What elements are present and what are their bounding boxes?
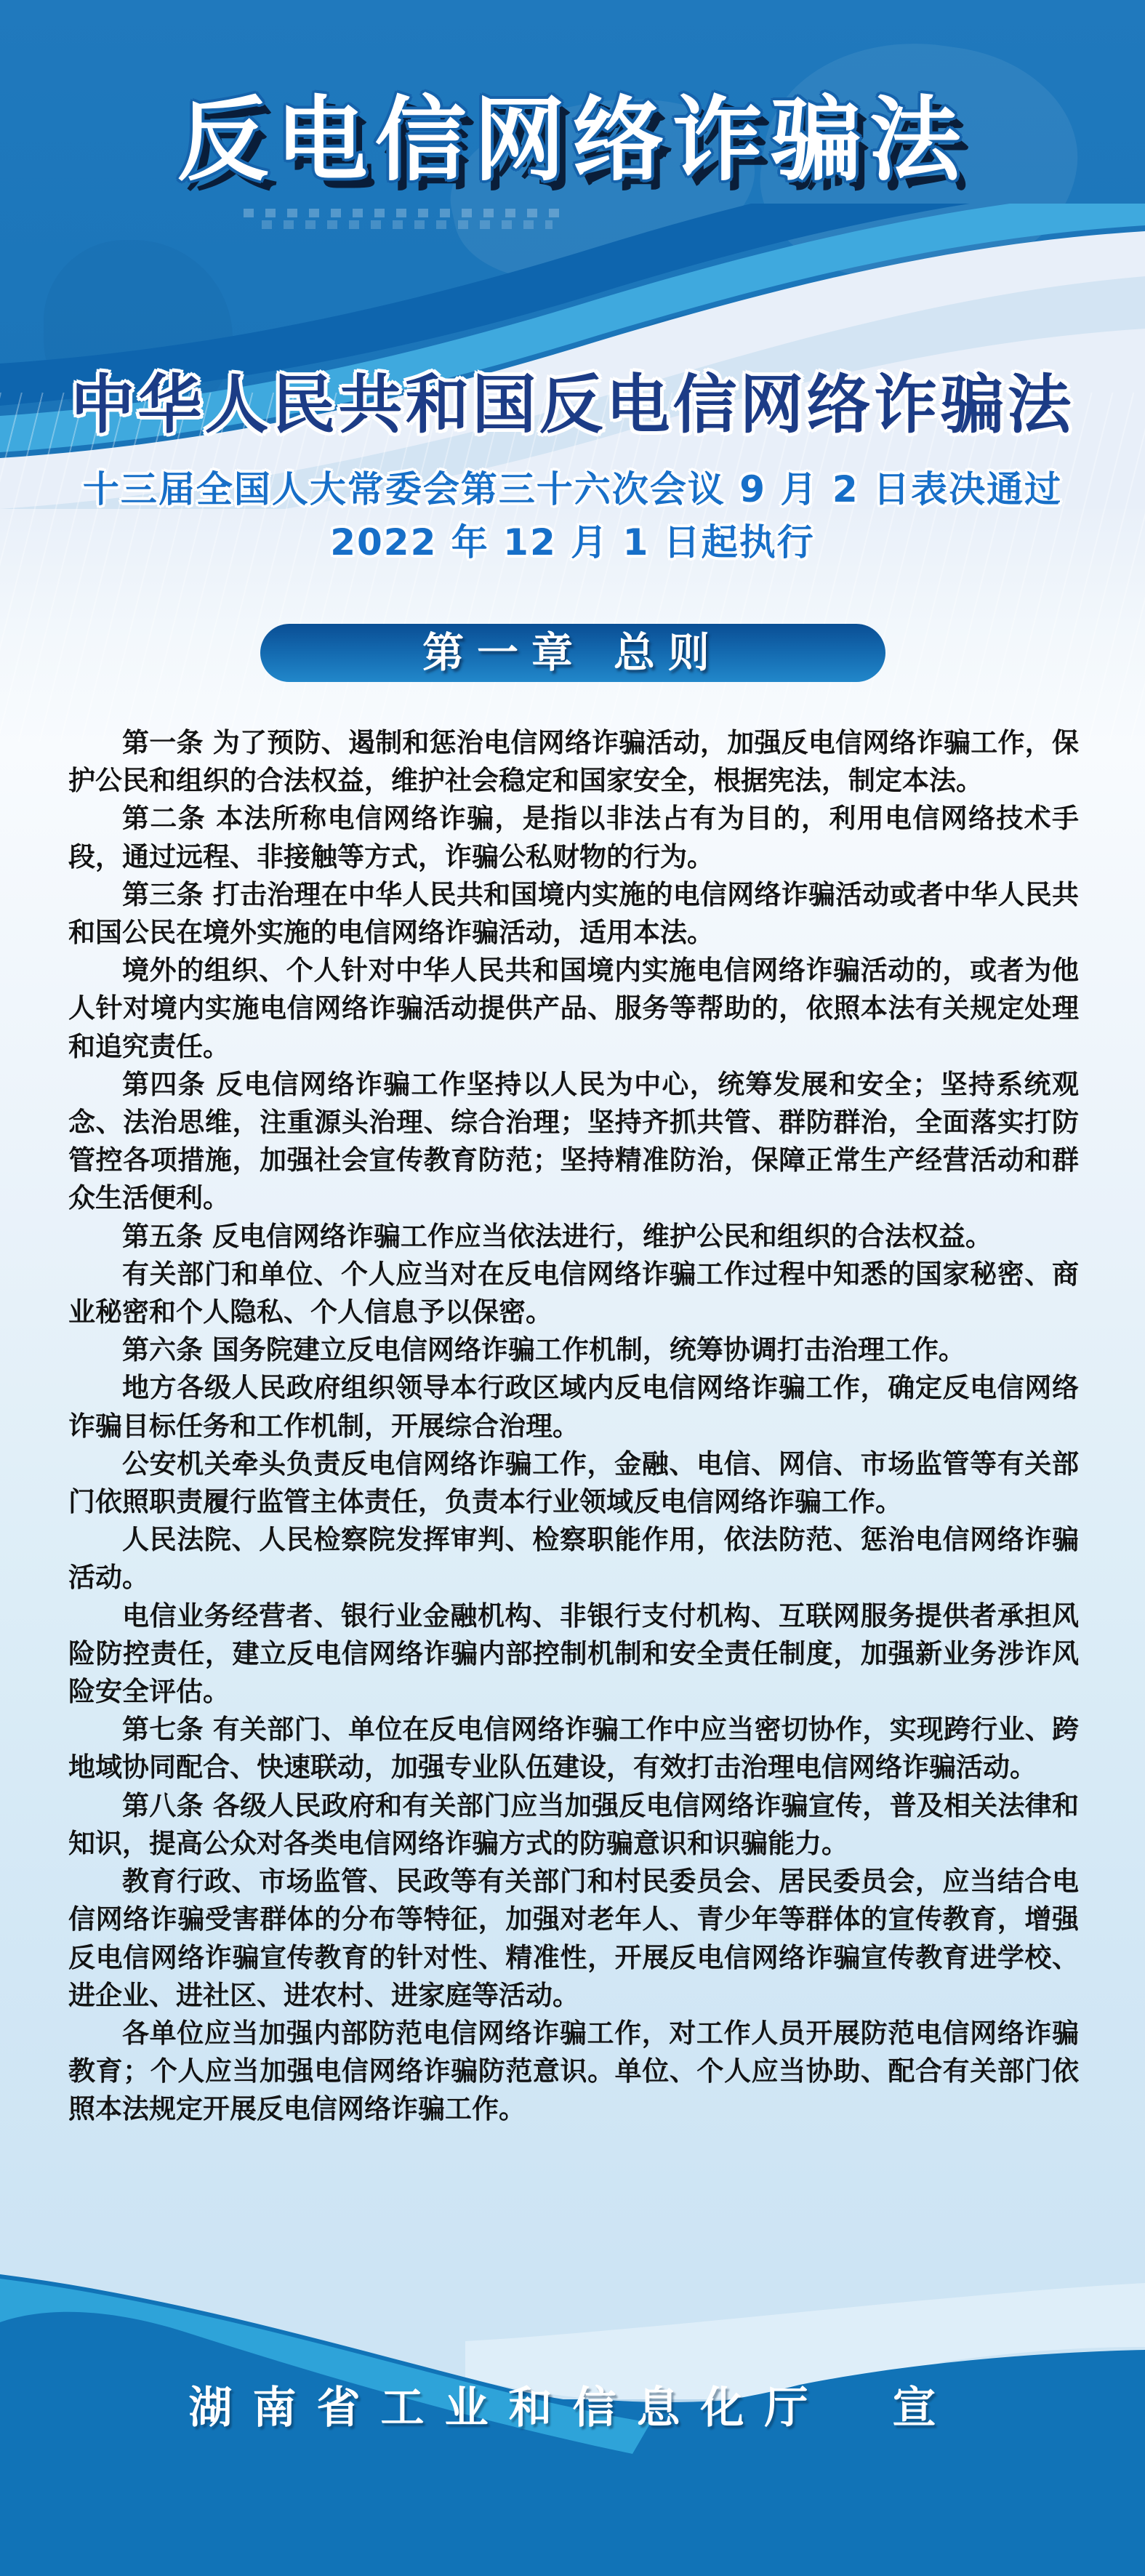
- article-paragraph: 人民法院、人民检察院发挥审判、检察职能作用，依法防范、惩治电信网络诈骗活动。: [68, 1521, 1079, 1597]
- swoosh-decoration: [0, 204, 1145, 509]
- chapter-pill: 第一章 总则: [260, 624, 885, 682]
- article-paragraph: 第七条 有关部门、单位在反电信网络诈骗工作中应当密切协作，实现跨行业、跨地域协同…: [68, 1711, 1079, 1786]
- bottom-wave-decoration: [0, 2167, 1145, 2576]
- article-paragraph: 境外的组织、个人针对中华人民共和国境内实施电信网络诈骗活动的，或者为他人针对境内…: [68, 952, 1079, 1066]
- article-paragraph: 第八条 各级人民政府和有关部门应当加强反电信网络诈骗宣传，普及相关法律和知识，提…: [68, 1787, 1079, 1863]
- article-paragraph: 各单位应当加强内部防范电信网络诈骗工作，对工作人员开展防范电信网络诈骗教育；个人…: [68, 2015, 1079, 2129]
- article-paragraph: 第一条 为了预防、遏制和惩治电信网络诈骗活动，加强反电信网络诈骗工作，保护公民和…: [68, 724, 1079, 800]
- article-paragraph: 第四条 反电信网络诈骗工作坚持以人民为中心，统筹发展和安全；坚持系统观念、法治思…: [68, 1066, 1079, 1218]
- banner-title: 反电信网络诈骗法: [0, 86, 1145, 195]
- law-title: 中华人民共和国反电信网络诈骗法: [0, 367, 1145, 443]
- article-paragraph: 有关部门和单位、个人应当对在反电信网络诈骗工作过程中知悉的国家秘密、商业秘密和个…: [68, 1256, 1079, 1331]
- article-paragraph: 第五条 反电信网络诈骗工作应当依法进行，维护公民和组织的合法权益。: [68, 1218, 1079, 1256]
- effective-line: 2022 年 12 月 1 日起执行: [0, 521, 1145, 564]
- publisher-line: 湖南省工业和信息化厅 宣: [0, 2379, 1145, 2437]
- article-paragraph: 教育行政、市场监管、民政等有关部门和村民委员会、居民委员会，应当结合电信网络诈骗…: [68, 1863, 1079, 2015]
- article-paragraph: 第三条 打击治理在中华人民共和国境内实施的电信网络诈骗活动或者中华人民共和国公民…: [68, 876, 1079, 952]
- article-paragraph: 第二条 本法所称电信网络诈骗，是指以非法占有为目的，利用电信网络技术手段，通过远…: [68, 800, 1079, 875]
- article-paragraph: 第六条 国务院建立反电信网络诈骗工作机制，统筹协调打击治理工作。: [68, 1331, 1079, 1369]
- article-paragraph: 地方各级人民政府组织领导本行政区域内反电信网络诈骗工作，确定反电信网络诈骗目标任…: [68, 1369, 1079, 1445]
- poster-root: 反电信网络诈骗法 中华人民共和国反电信网络诈骗法 十三届全国人大常委会第三十六次…: [0, 0, 1145, 2576]
- article-paragraph: 公安机关牵头负责反电信网络诈骗工作，金融、电信、网信、市场监管等有关部门依照职责…: [68, 1445, 1079, 1521]
- law-body: 第一条 为了预防、遏制和惩治电信网络诈骗活动，加强反电信网络诈骗工作，保护公民和…: [68, 724, 1079, 2129]
- passage-line: 十三届全国人大常委会第三十六次会议 9 月 2 日表决通过: [0, 468, 1145, 511]
- chapter-heading: 第一章 总则: [260, 624, 885, 682]
- article-paragraph: 电信业务经营者、银行业金融机构、非银行支付机构、互联网服务提供者承担风险防控责任…: [68, 1597, 1079, 1712]
